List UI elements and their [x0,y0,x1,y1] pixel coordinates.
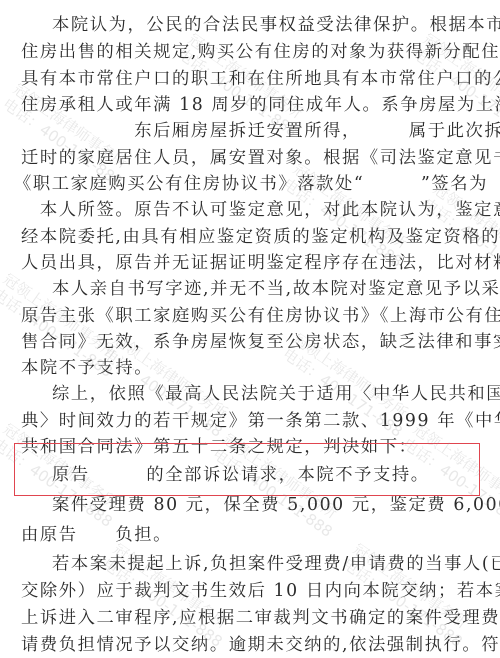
text-line-9: 经本院委托,由具有相应鉴定资质的鉴定机构及鉴定资格的鉴定 [21,226,500,248]
text-line-1: 本院认为，公民的合法民事权益受法律保护。根据本市公有 [52,14,500,36]
text-line-3: 具有本市常住户口的职工和在住所地具有本市常住户口的公有 [21,68,500,90]
text-line-22: 交除外）应于裁判文书生效后 10 日内向本院交纳；若本案提起 [21,580,500,602]
text-line-4: 住房承租人或年满 18 周岁的同住成年人。系争房屋为上海市 [21,94,500,116]
text-line-20: 由原告 负担。 [21,524,172,546]
text-line-19: 案件受理费 80 元，保全费 5,000 元，鉴定费 6,000 元，均 [52,494,500,516]
text-line-6: 迁时的家庭居住人员，属安置对象。根据《司法鉴定意见书》， [21,147,500,169]
text-line-21: 若本案未提起上诉,负担案件受理费/申请费的当事人(已预 [52,553,500,575]
text-line-15: 综上，依照《最高人民法院关于适用〈中华人民共和国民法 [52,383,500,405]
text-line-13: 售合同》无效，系争房屋恢复至公房状态，缺乏法律和事实依据， [21,331,500,353]
judgment-document-page: 本院认为，公民的合法民事权益受法律保护。根据本市公有 住房出售的相关规定,购买公… [0,0,500,658]
highlight-box [14,443,480,496]
text-line-2: 住房出售的相关规定,购买公有住房的对象为获得新分配住房的 [21,41,500,63]
text-line-12: 原告主张《职工家庭购买公有住房协议书》《上海市公有住房出 [21,305,500,327]
text-line-14: 本院不予支持。 [21,357,153,379]
text-line-10: 人员出具，原告并无证据证明鉴定程序存在违法，比对材料为 [21,252,500,274]
text-line-7: 《职工家庭购买公有住房协议书》落款处“ ”签名为 [14,173,488,195]
text-line-16: 典〉时间效力的若干规定》第一条第二款、1999 年《中华人民 [21,410,500,432]
text-line-8: 本人所签。原告不认可鉴定意见，对此本院认为，鉴定意见书 [21,199,500,221]
text-line-11: 本人亲自书写字迹,并无不当,故本院对鉴定意见予以采纳。 [52,278,500,300]
text-line-23: 上诉进入二审程序,应根据二审裁判文书确定的案件受理费/申 [21,607,500,629]
text-line-24: 请费负担情况予以交纳。逾期未交纳的,依法强制执行。符合《最 [21,634,500,656]
text-line-5: 东后厢房屋拆迁安置所得， 属于此次拆 [21,120,500,142]
